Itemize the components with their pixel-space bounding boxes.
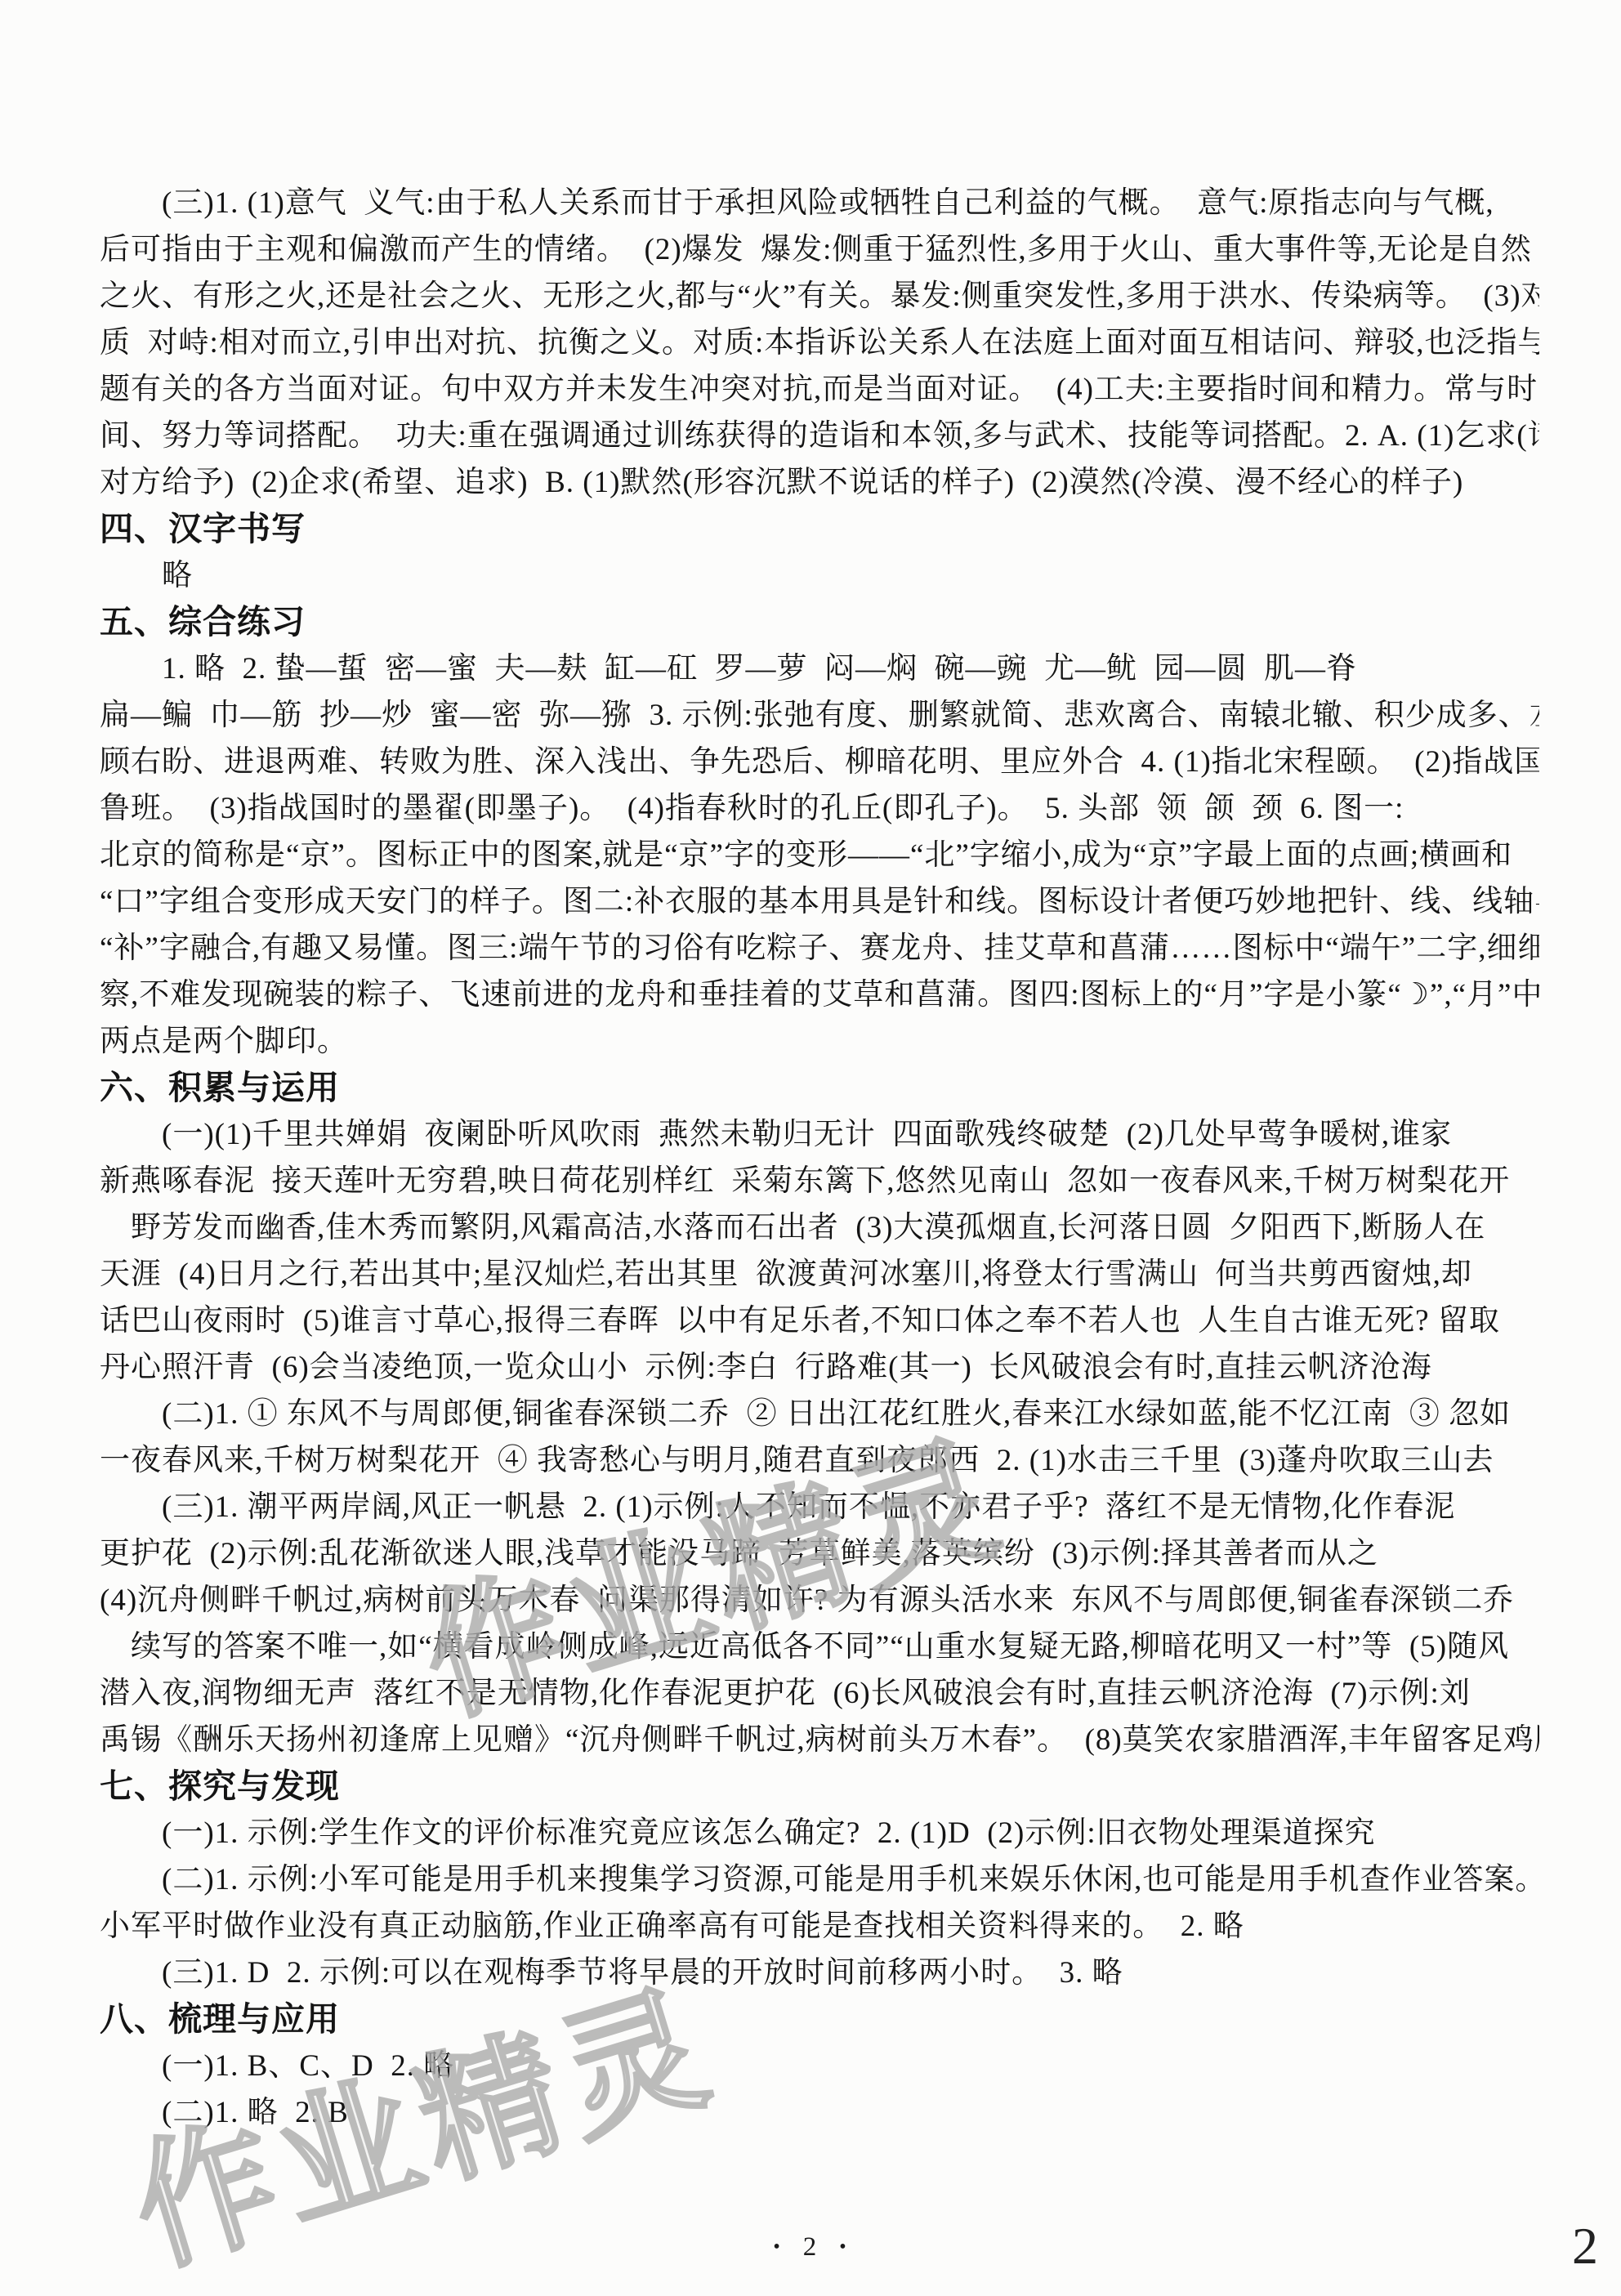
- footer-page-number: 2: [803, 2232, 819, 2262]
- answer-text-line: 后可指由于主观和偏激而产生的情绪。 (2)爆发 爆发:侧重于猛烈性,多用于火山、…: [100, 226, 1539, 273]
- section-heading: 五、综合练习: [100, 599, 1539, 645]
- section-heading: 七、探究与发现: [100, 1763, 1539, 1810]
- answer-text-line: 天涯 (4)日月之行,若出其中;星汉灿烂,若出其里 欲渡黄河冰塞川,将登太行雪满…: [100, 1251, 1539, 1298]
- answer-text-line: (一)1. 示例:学生作文的评价标准究竟应该怎么确定? 2. (1)D (2)示…: [100, 1810, 1539, 1856]
- answer-text-line: 野芳发而幽香,佳木秀而繁阴,风霜高洁,水落而石出者 (3)大漠孤烟直,长河落日圆…: [100, 1204, 1539, 1251]
- answer-text-line: 察,不难发现碗装的粽子、飞速前进的龙舟和垂挂着的艾草和菖蒲。图四:图标上的“月”…: [100, 972, 1539, 1018]
- answer-text-line: 对方给予) (2)企求(希望、追求) B. (1)默然(形容沉默不说话的样子) …: [100, 459, 1539, 506]
- answer-text-line: (一)1. B、C、D 2. 略: [100, 2043, 1539, 2089]
- answer-text-line: 潜入夜,润物细无声 落红不是无情物,化作春泥更护花 (6)长风破浪会有时,直挂云…: [100, 1670, 1539, 1717]
- answer-text-line: 丹心照汗青 (6)会当凌绝顶,一览众山小 示例:李白 行路难(其一) 长风破浪会…: [100, 1344, 1539, 1391]
- answer-text-line: 之火、有形之火,还是社会之火、无形之火,都与“火”有关。暴发:侧重突发性,多用于…: [100, 273, 1539, 319]
- footer-left-dot: •: [773, 2236, 781, 2258]
- answer-text-line: 顾右盼、进退两难、转败为胜、深入浅出、争先恐后、柳暗花明、里应外合 4. (1)…: [100, 739, 1539, 785]
- section-heading: 四、汉字书写: [100, 506, 1539, 552]
- answer-text-line: “补”字融合,有趣又易懂。图三:端午节的习俗有吃粽子、赛龙舟、挂艾草和菖蒲……图…: [100, 925, 1539, 972]
- answer-text-line: (三)1. (1)意气 义气:由于私人关系而甘于承担风险或牺牲自己利益的气概。 …: [100, 180, 1539, 226]
- answer-text-line: 一夜春风来,千树万树梨花开 ④ 我寄愁心与明月,随君直到夜郎西 2. (1)水击…: [100, 1437, 1539, 1484]
- answer-text-line: 质 对峙:相对而立,引申出对抗、抗衡之义。对质:本指诉讼关系人在法庭上面对面互相…: [100, 319, 1539, 366]
- answer-text-line: 话巴山夜雨时 (5)谁言寸草心,报得三春晖 以中有足乐者,不知口体之奉不若人也 …: [100, 1298, 1539, 1344]
- answer-text-line: 题有关的各方当面对证。句中双方并未发生冲突对抗,而是当面对证。 (4)工夫:主要…: [100, 366, 1539, 413]
- answer-text-block: (三)1. (1)意气 义气:由于私人关系而甘于承担风险或牺牲自己利益的气概。 …: [100, 180, 1539, 2136]
- answer-text-line: 新燕啄春泥 接天莲叶无穷碧,映日荷花别样红 采菊东篱下,悠然见南山 忽如一夜春风…: [100, 1158, 1539, 1204]
- answer-text-line: 间、努力等词搭配。 功夫:重在强调通过训练获得的造诣和本领,多与武术、技能等词搭…: [100, 413, 1539, 459]
- answer-text-line: (三)1. 潮平两岸阔,风正一帆悬 2. (1)示例:人不知而不愠,不亦君子乎?…: [100, 1484, 1539, 1530]
- answer-text-line: (二)1. 示例:小军可能是用手机来搜集学习资源,可能是用手机来娱乐休闲,也可能…: [100, 1856, 1539, 1903]
- page-number-footer: • 2 •: [773, 2232, 847, 2262]
- answer-key-page: (三)1. (1)意气 义气:由于私人关系而甘于承担风险或牺牲自己利益的气概。 …: [0, 0, 1621, 2296]
- section-heading: 八、梳理与应用: [100, 1996, 1539, 2043]
- answer-text-line: (二)1. ① 东风不与周郎便,铜雀春深锁二乔 ② 日出江花红胜火,春来江水绿如…: [100, 1391, 1539, 1437]
- answer-text-line: 续写的答案不唯一,如“横看成岭侧成峰,远近高低各不同”“山重水复疑无路,柳暗花明…: [100, 1624, 1539, 1670]
- answer-text-line: (三)1. D 2. 示例:可以在观梅季节将早晨的开放时间前移两小时。 3. 略: [100, 1950, 1539, 1996]
- footer-right-dot: •: [839, 2236, 847, 2258]
- answer-text-line: (4)沉舟侧畔千帆过,病树前头万木春 问渠那得清如许? 为有源头活水来 东风不与…: [100, 1577, 1539, 1624]
- answer-text-line: 略: [100, 552, 1539, 599]
- section-heading: 六、积累与运用: [100, 1065, 1539, 1111]
- corner-page-number: 2: [1572, 2216, 1598, 2276]
- answer-text-line: “口”字组合变形成天安门的样子。图二:补衣服的基本用具是针和线。图标设计者便巧妙…: [100, 878, 1539, 925]
- answer-text-line: 小军平时做作业没有真正动脑筋,作业正确率高有可能是查找相关资料得来的。 2. 略: [100, 1903, 1539, 1950]
- answer-text-line: 扁—鳊 巾—筋 抄—炒 蜜—密 弥—猕 3. 示例:张弛有度、删繁就简、悲欢离合…: [100, 692, 1539, 739]
- answer-text-line: (二)1. 略 2. B: [100, 2089, 1539, 2136]
- answer-text-line: 禹锡《酬乐天扬州初逢席上见赠》“沉舟侧畔千帆过,病树前头万木春”。 (8)莫笑农…: [100, 1717, 1539, 1763]
- answer-text-line: 鲁班。 (3)指战国时的墨翟(即墨子)。 (4)指春秋时的孔丘(即孔子)。 5.…: [100, 785, 1539, 832]
- answer-text-line: 北京的简称是“京”。图标正中的图案,就是“京”字的变形——“北”字缩小,成为“京…: [100, 832, 1539, 878]
- answer-text-line: 1. 略 2. 蛰—蜇 密—蜜 夫—麸 缸—矼 罗—萝 闷—焖 碗—豌 尤—鱿 …: [100, 645, 1539, 692]
- answer-text-line: 两点是两个脚印。: [100, 1018, 1539, 1065]
- answer-text-line: 更护花 (2)示例:乱花渐欲迷人眼,浅草才能没马蹄 芳草鲜美,落英缤纷 (3)示…: [100, 1530, 1539, 1577]
- answer-text-line: (一)(1)千里共婵娟 夜阑卧听风吹雨 燕然未勒归无计 四面歌残终破楚 (2)几…: [100, 1111, 1539, 1158]
